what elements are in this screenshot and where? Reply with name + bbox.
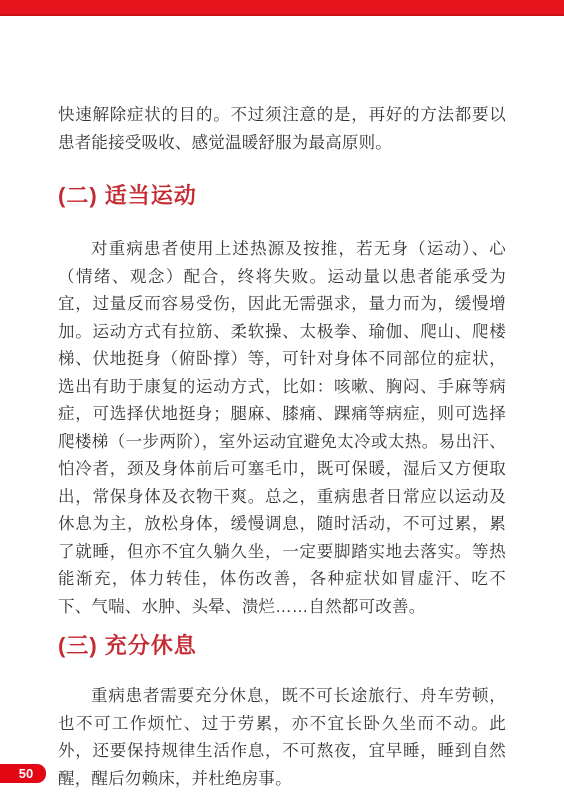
section-heading-exercise: (二) 适当运动 [58, 183, 506, 209]
section-paragraph-rest: 重病患者需要充分休息，既不可长途旅行、舟车劳顿，也不可工作烦忙、过于劳累，亦不宜… [58, 683, 506, 793]
page-content: 快速解除症状的目的。不过须注意的是，再好的方法都要以患者能接受吸收、感觉温暖舒服… [58, 16, 506, 793]
section-heading-rest: (三) 充分休息 [58, 633, 506, 659]
top-red-bar [0, 0, 564, 16]
intro-paragraph: 快速解除症状的目的。不过须注意的是，再好的方法都要以患者能接受吸收、感觉温暖舒服… [58, 102, 506, 157]
document-page: 快速解除症状的目的。不过须注意的是，再好的方法都要以患者能接受吸收、感觉温暖舒服… [0, 0, 564, 800]
section-paragraph-exercise: 对重病患者使用上述热源及按推，若无身（运动）、心（情绪、观念）配合，终将失败。运… [58, 236, 506, 621]
page-number-badge: 50 [0, 764, 46, 783]
